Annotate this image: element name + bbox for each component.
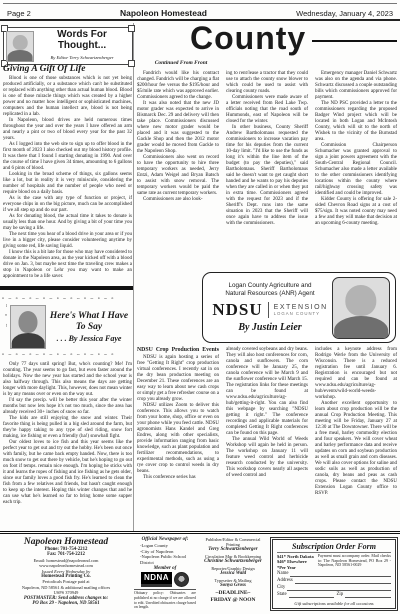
staff-box: Publisher/Editor & Commercial Printing T… <box>200 537 266 611</box>
address-field: Address <box>277 577 391 584</box>
paragraph: As is the case with any type of function… <box>3 196 132 214</box>
paragraph: The annual Wild World of Weeds Workshop … <box>226 437 308 479</box>
heres-what-article: Only 77 days until spring! But, who's co… <box>3 362 132 506</box>
paragraph: Only 77 days until spring! But, who's co… <box>3 362 132 398</box>
obituary-policy: Obituary policy: Obituaries are publishe… <box>134 589 196 609</box>
jessica-photo <box>10 305 46 349</box>
ndsu-article-columns: NDSU Crop Production Events NDSU is agai… <box>137 347 397 497</box>
masthead-paper-name: Napoleon Homestead <box>2 537 130 547</box>
subscription-title: Subscription Order Form <box>277 542 391 553</box>
ndsu-column-2: already covered soybeans and dry beans. … <box>226 347 308 497</box>
ndsu-column-3: includes a keynote address from Rodrigo … <box>315 347 397 497</box>
heres-what-title-text: Here's What I Have To Say <box>50 311 128 332</box>
name-label: Name <box>277 570 288 577</box>
paragraph: I'd say the precip. will be better this … <box>3 398 132 416</box>
city-blank-line <box>287 584 391 591</box>
state-blank-line <box>289 591 335 598</box>
paragraph: Another excellent opportunity to learn a… <box>315 401 397 497</box>
paragraph: Commissioners also went on record to hav… <box>137 155 219 197</box>
ndna-logo: NDNA <box>141 572 172 587</box>
agent-title-line2: Natural Resources (ANR) Agent <box>208 290 332 298</box>
staff-name: Terry Schwartzenberger <box>200 547 266 553</box>
official-newspaper-box: Official Newspaper of: -Logan County -Ci… <box>134 537 196 611</box>
extension-label: EXTENSION <box>274 304 328 311</box>
page-header: Page 2 Napoleon Homestead Wednesday, Jan… <box>7 8 393 18</box>
extension-county-label: LOGAN COUNTY <box>274 311 328 316</box>
paragraph: The ND PSC provided a letter to the comm… <box>315 101 397 143</box>
border-ornament-left: ~ ▫ ~ <box>2 304 9 350</box>
staff-role: Publisher/Editor & Commercial Printing <box>200 537 266 547</box>
official-item: -Napoleon Public School District <box>134 554 196 565</box>
name-field: Name <box>277 570 391 577</box>
city-field: City <box>277 584 391 591</box>
ndsu-article-title: NDSU Crop Production Events <box>137 347 219 354</box>
column-divider-rule <box>133 23 134 531</box>
county-column-2: ing to rent/lease a tractor that they co… <box>226 71 308 227</box>
address-label: Address <box>277 577 293 584</box>
subscription-rates: $41* North Dakota $46* Elsewhere *Per Ye… <box>277 554 314 570</box>
heres-what-box: ▫ ~ ▫ ~ ▫ ~ ▫ ~ ▫ ~ ▫ ~ ▫ ~ ▫ ~ ▫ ▫ ~ ▫ … <box>2 296 132 358</box>
subscription-footer: Gift subscriptions available for all occ… <box>277 601 391 606</box>
gift-of-life-title: Giving A Gift Of Life <box>3 64 133 74</box>
paragraph: Commissioners are also look- <box>137 197 219 203</box>
paragraph: The kids are still enjoying the snow and… <box>3 416 132 440</box>
state-label: State <box>277 591 287 598</box>
county-headline: County <box>190 21 306 55</box>
ndsu-logo: NDSU <box>212 300 262 320</box>
zip-blank-line <box>345 591 391 598</box>
bottom-section-rule <box>0 531 400 534</box>
editor-photo <box>6 31 34 62</box>
gift-of-life-article: Blood is one of those substances which i… <box>3 76 132 280</box>
masthead-info-box: Napoleon Homestead Phone: 701-754-2212 F… <box>2 537 130 611</box>
paragraph: Looking in the broad scheme of things, s… <box>3 172 132 196</box>
justin-photo <box>332 277 390 339</box>
continued-from-front-label: Continued From Front <box>137 60 225 66</box>
subscription-note: Payment must accompany order. Mail check… <box>318 554 391 570</box>
deadline-value: FRIDAY @ NOON <box>200 597 266 604</box>
ndsu-agent-info: Logan County Agriculture and Natural Res… <box>208 282 332 333</box>
border-ornament-bottom: ▫ ~ ▫ ~ ▫ ~ ▫ ~ ▫ ~ ▫ ~ ▫ ~ ▫ ~ ▫ <box>2 352 132 358</box>
masthead-strip: Napoleon Homestead Phone: 701-754-2212 F… <box>2 537 398 611</box>
paper-name: Napoleon Homestead <box>120 8 207 18</box>
staff-name: Christine Schwartzenberger <box>200 559 266 565</box>
paragraph: In Napoleon, blood drives are held numer… <box>3 118 132 142</box>
subscription-order-form: Subscription Order Form $41* North Dakot… <box>270 537 398 611</box>
paragraph: Commission Chairperson Schumacher was gr… <box>315 143 397 197</box>
top-rule <box>3 3 397 4</box>
county-column-3: Emergency manager Daniel Schwartz was al… <box>315 71 397 227</box>
member-seal-icon <box>174 572 189 587</box>
paragraph: Commissioners were made aware of a lette… <box>226 95 308 125</box>
paragraph: Kidder County is offering for sale 2-sid… <box>315 197 397 227</box>
paragraph: Emergency manager Daniel Schwartz was al… <box>315 71 397 101</box>
paragraph: includes a keynote address from Rodrigo … <box>315 347 397 401</box>
words-for-thought-title-text: Words For Thought... <box>57 29 107 51</box>
newspaper-page: Page 2 Napoleon Homestead Wednesday, Jan… <box>0 0 400 614</box>
paragraph: NDSU is again hosting a series of free "… <box>137 355 219 403</box>
zip-label: Zip <box>336 591 343 598</box>
paragraph: As for donating blood, the actual time i… <box>3 214 132 232</box>
headline-rule <box>312 40 397 42</box>
county-column-1: Fandrich would like his contract changed… <box>137 71 219 227</box>
section-divider-bar <box>0 286 133 290</box>
staff-name: Jessica Wald <box>200 571 266 577</box>
agent-title-line1: Logan County Agriculture and <box>208 282 332 290</box>
address-blank-line <box>295 577 391 584</box>
paragraph: In other business, County Sheriff Andrew… <box>226 125 308 227</box>
county-headline-row: County <box>190 21 397 55</box>
issue-date: Wednesday, January 4, 2023 <box>296 9 393 18</box>
state-zip-field: State Zip <box>277 591 391 598</box>
paragraph: Blood is one of those substances which i… <box>3 76 132 118</box>
paragraph: This conference series has <box>137 475 219 481</box>
words-for-thought-title: Words For Thought... By Editor Terry Sch… <box>34 29 130 63</box>
ndsu-agent-box: Logan County Agriculture and Natural Res… <box>202 272 396 343</box>
paragraph: The next time you hear of a blood drive … <box>3 232 132 250</box>
city-label: City <box>277 584 285 591</box>
member-of-label: Member of <box>134 566 196 571</box>
paragraph: It was also noted that the new JD motor … <box>137 101 219 155</box>
page-number: Page 2 <box>7 9 31 18</box>
editor-byline: By Editor Terry Schwartzenberger <box>50 55 113 60</box>
jessica-byline: . . . By Jessica Faye <box>46 333 132 344</box>
paragraph: already covered soybeans and dry beans. … <box>226 347 308 437</box>
paragraph: ing to rent/lease a tractor that they co… <box>226 71 308 95</box>
masthead-postmaster2: PO Box 29 - Napoleon, ND 58561 <box>2 601 130 606</box>
paragraph: As I logged into the web site to sign up… <box>3 142 132 172</box>
paragraph: I know this is a bit late for those who … <box>3 250 132 280</box>
paragraph: Our oldest loves to ice fish and this ye… <box>3 440 132 506</box>
staff-name: Sonya Gross <box>200 583 266 589</box>
paragraph: Fandrich would like his contract changed… <box>137 71 219 101</box>
justin-byline: By Justin Leier <box>208 322 332 333</box>
heres-what-title: Here's What I Have To Say . . . By Jessi… <box>46 311 132 344</box>
ndsu-column-1: NDSU Crop Production Events NDSU is agai… <box>137 347 219 497</box>
logo-divider <box>268 302 269 318</box>
county-article-columns: Fandrich would like his contract changed… <box>137 71 397 227</box>
words-for-thought-box: Words For Thought... By Editor Terry Sch… <box>3 27 133 65</box>
name-blank-line <box>290 570 391 577</box>
paragraph: NDSU utilizes Zoom to deliver this confe… <box>137 403 219 475</box>
border-ornament-top: ▫ ~ ▫ ~ ▫ ~ ▫ ~ ▫ ~ ▫ ~ ▫ ~ ▫ ~ ▫ <box>2 296 132 302</box>
